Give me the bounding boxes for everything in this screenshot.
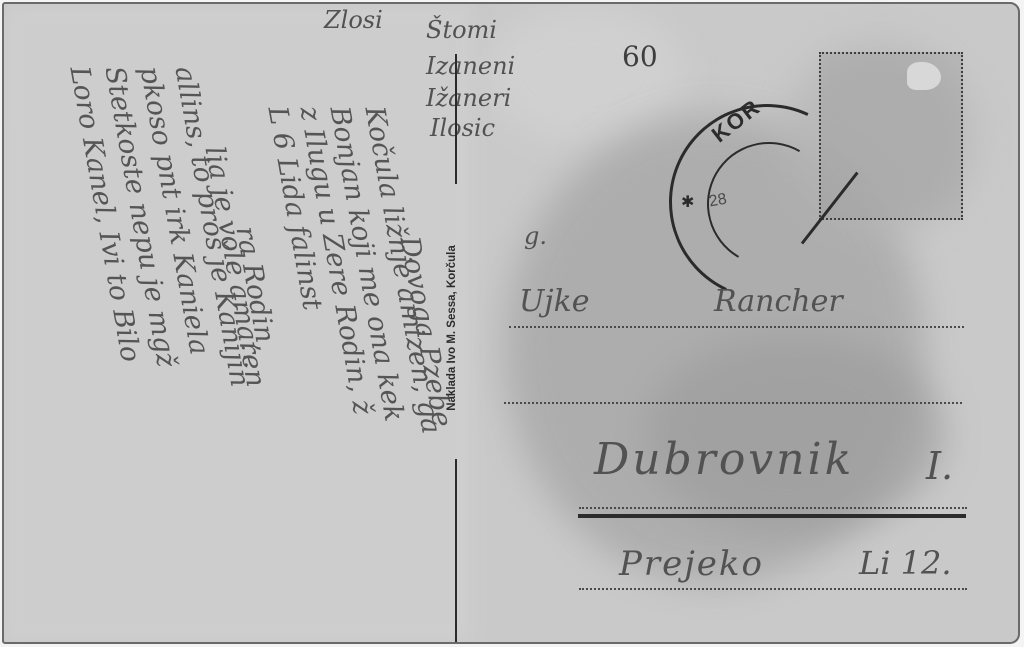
address-street: Prejeko (619, 544, 764, 584)
center-divider (455, 459, 457, 644)
address-line (509, 326, 964, 328)
publisher-imprint: Naklada Ivo M. Sessa, Korčula (446, 243, 464, 413)
address-line (579, 507, 967, 509)
sender-line: Ilosic (430, 114, 495, 142)
address-recipient-name: Rancher (714, 284, 843, 319)
sender-line: Zlosi (324, 6, 383, 34)
center-divider (455, 54, 457, 184)
address-city-district: I. (926, 444, 953, 488)
torn-paper-mark (907, 62, 941, 90)
sender-line: Ižaneri (426, 84, 511, 112)
catalog-number: 60 (622, 40, 658, 73)
sender-line: Štomi (426, 16, 497, 44)
address-prefix: g. (524, 222, 547, 250)
postmark: KOR ✱ 28 (669, 104, 859, 294)
postmark-date: 28 (708, 191, 729, 212)
address-recipient-title: Ujke (519, 284, 590, 319)
handwritten-message: Dovoga Pzebe Kočula ližnje amizen, ga Bo… (24, 44, 444, 644)
address-house-number: Li 12. (859, 544, 952, 582)
address-line (504, 402, 962, 404)
star-icon: ✱ (681, 192, 694, 211)
address-underline (578, 514, 966, 518)
sender-line: Izaneni (426, 52, 515, 80)
address-city: Dubrovnik (594, 434, 854, 485)
address-line (579, 588, 967, 590)
postcard-back: Dovoga Pzebe Kočula ližnje amizen, ga Bo… (2, 2, 1020, 644)
